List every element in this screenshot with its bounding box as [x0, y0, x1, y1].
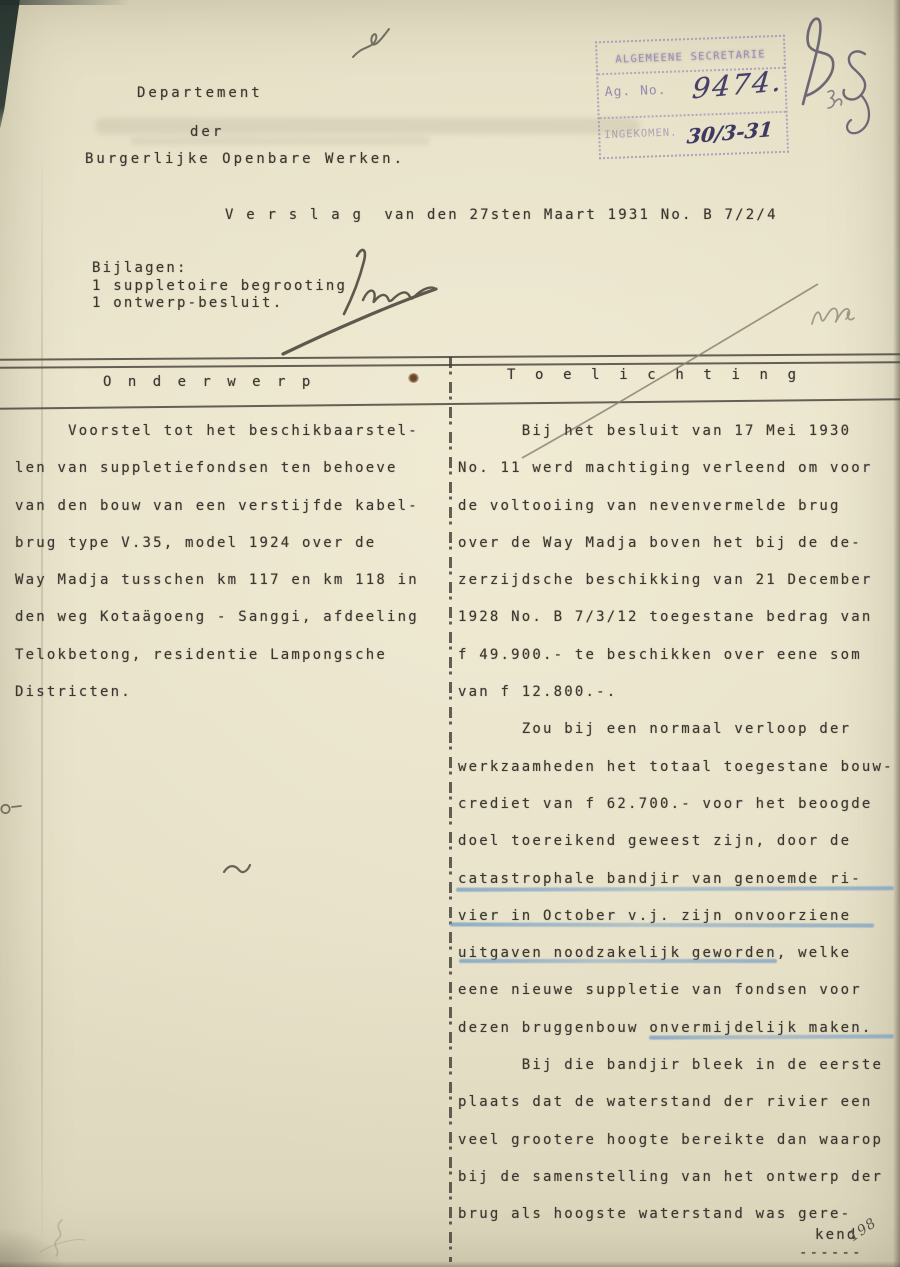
verslag-title-line: V e r s l a g van den 27sten Maart 1931 …: [225, 208, 778, 222]
paraph-signature-handwriting: [263, 242, 448, 367]
stamp-received-date-handwritten: 30/3-31: [686, 117, 774, 149]
department-line-2: der: [190, 125, 224, 139]
pencil-squiggle-top: [343, 15, 398, 65]
left-margin-mark: [0, 797, 26, 819]
pencil-tilde-mark: [220, 857, 254, 879]
stamp-agno-label: Ag. No.: [598, 73, 667, 100]
explanation-column-text: Bij het besluit van 17 Mei 1930 No. 11 w…: [458, 413, 894, 1234]
stamp-agno-value-handwritten: 9474.: [691, 64, 785, 105]
left-column-header: O n d e r w e r p: [103, 375, 314, 389]
margin-note-wo-handwriting: [806, 296, 861, 338]
ink-bleedthrough-smudge: [130, 137, 430, 145]
faint-bottom-left-squiggle: [38, 1212, 86, 1260]
ink-stain-dot: [408, 373, 419, 383]
receipt-stamp: ALGEMEENE SECRETARIE Ag. No. 9474. INGEK…: [595, 35, 789, 160]
page-edge-top: [0, 0, 130, 5]
ink-bleedthrough-smudge: [95, 118, 640, 134]
page-edge-right: [893, 0, 900, 1267]
blue-underline: [459, 959, 777, 963]
continuation-dashes: ------: [799, 1246, 863, 1260]
department-line-3: Burgerlijke Openbare Werken.: [85, 152, 405, 166]
page-corner-shadow: [0, 0, 36, 140]
department-line-1: Departement: [137, 86, 263, 100]
scanned-document-page: Departement der Burgerlijke Openbare Wer…: [0, 0, 900, 1267]
subject-column-text: Voorstel tot het beschikbaarstel- len va…: [15, 413, 419, 711]
column-separator-dashed: [449, 357, 452, 1262]
stamp-received-label: INGEKOMEN.: [600, 117, 678, 142]
monogram-bs-handwriting: [773, 8, 900, 148]
